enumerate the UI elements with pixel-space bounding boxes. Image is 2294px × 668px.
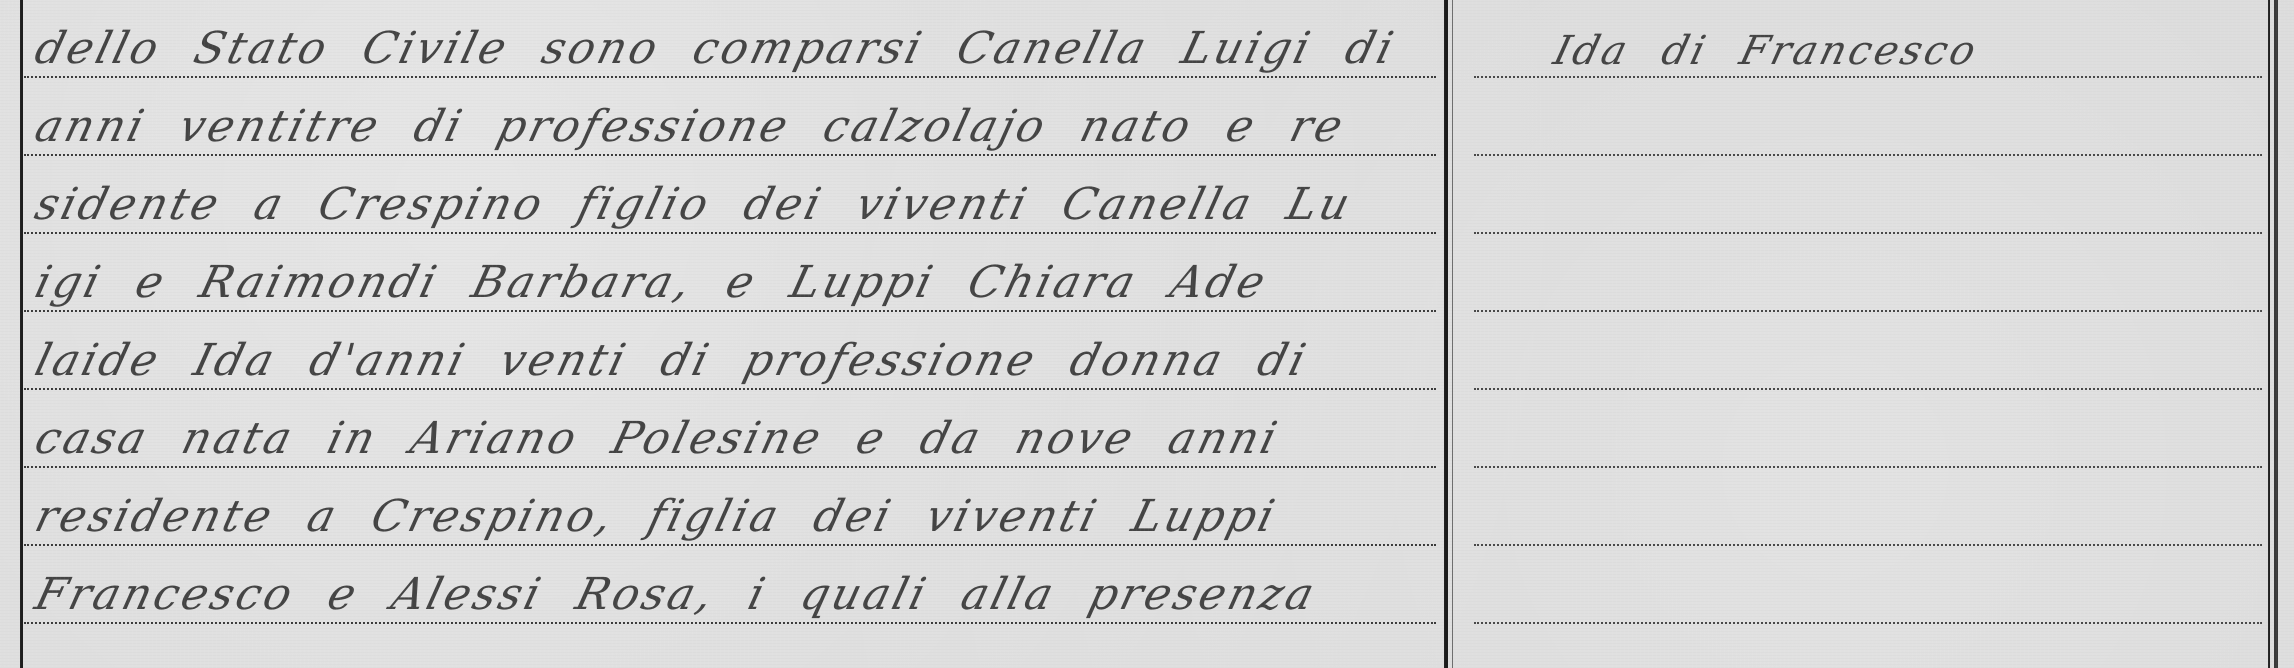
- margin-line: [1454, 546, 2266, 624]
- text-line: sidente a Crespino figlio dei viventi Ca…: [24, 156, 1442, 234]
- handwritten-line-5: laide Ida d'anni venti di professione do…: [30, 335, 1313, 386]
- handwritten-line-7: residente a Crespino, figlia dei viventi…: [30, 491, 1282, 542]
- margin-annotation-column: Ida di Francesco: [1454, 0, 2266, 668]
- left-margin-rule: [20, 0, 23, 668]
- handwritten-line-3: sidente a Crespino figlio dei viventi Ca…: [30, 179, 1358, 230]
- ruled-line: [24, 622, 1436, 624]
- text-line: dello Stato Civile sono comparsi Canella…: [24, 0, 1442, 78]
- margin-line: [1454, 468, 2266, 546]
- text-line: Francesco e Alessi Rosa, i quali alla pr…: [24, 546, 1442, 624]
- margin-line: [1454, 312, 2266, 390]
- margin-line: Ida di Francesco: [1454, 0, 2266, 78]
- register-page: dello Stato Civile sono comparsi Canella…: [0, 0, 2294, 668]
- margin-line: [1454, 234, 2266, 312]
- handwritten-line-4: igi e Raimondi Barbara, e Luppi Chiara A…: [30, 257, 1273, 308]
- margin-line: [1454, 390, 2266, 468]
- text-line: residente a Crespino, figlia dei viventi…: [24, 468, 1442, 546]
- right-edge-rule: [2268, 0, 2270, 668]
- column-divider-rule: [1444, 0, 1448, 668]
- text-line: laide Ida d'anni venti di professione do…: [24, 312, 1442, 390]
- ruled-line: [1474, 622, 2262, 624]
- main-text-column: dello Stato Civile sono comparsi Canella…: [24, 0, 1442, 668]
- handwritten-line-2: anni ventitre di professione calzolajo n…: [30, 101, 1351, 152]
- margin-note-1: Ida di Francesco: [1549, 28, 1983, 74]
- text-line: casa nata in Ariano Polesine e da nove a…: [24, 390, 1442, 468]
- handwritten-line-6: casa nata in Ariano Polesine e da nove a…: [30, 413, 1285, 464]
- handwritten-line-1: dello Stato Civile sono comparsi Canella…: [30, 23, 1401, 74]
- handwritten-line-8: Francesco e Alessi Rosa, i quali alla pr…: [30, 569, 1322, 620]
- margin-line: [1454, 78, 2266, 156]
- column-divider-rule-thin: [1452, 0, 1453, 668]
- text-line: anni ventitre di professione calzolajo n…: [24, 78, 1442, 156]
- text-line: igi e Raimondi Barbara, e Luppi Chiara A…: [24, 234, 1442, 312]
- margin-line: [1454, 156, 2266, 234]
- right-edge-rule-thick: [2274, 0, 2278, 668]
